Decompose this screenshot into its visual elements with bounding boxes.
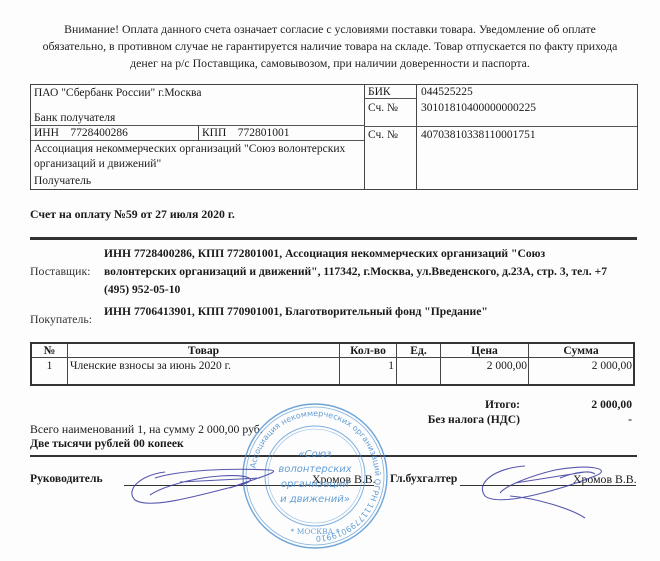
- goods-table: № Товар Кол-во Ед. Цена Сумма 1 Членские…: [30, 342, 635, 386]
- column-header-item: Товар: [68, 344, 339, 358]
- vat-label: Без налога (НДС): [400, 413, 520, 426]
- bank-label: Банк получателя: [32, 111, 115, 125]
- supplier-details: ИНН 7728400286, КПП 772801001, Ассоциаци…: [104, 245, 634, 299]
- bank-name: ПАО "Сбербанк России" г.Москва: [32, 86, 201, 100]
- bank-details-table: ПАО "Сбербанк России" г.Москва Банк полу…: [30, 84, 638, 190]
- row-item: Членские взносы за июнь 2020 г.: [70, 359, 338, 373]
- recipient-name-line1: Ассоциация некоммерческих организаций "С…: [32, 142, 345, 156]
- row-qty: 1: [340, 359, 394, 373]
- summary-count: Всего наименований 1, на сумму 2 000,00 …: [30, 422, 263, 437]
- column-header-unit: Ед.: [397, 344, 440, 358]
- kpp-value: 772801001: [238, 127, 290, 139]
- stamp-bottom-text: * МОСКВА *: [291, 527, 340, 536]
- title-divider: [30, 237, 637, 240]
- supplier-line1: ИНН 7728400286, КПП 772801001, Ассоциаци…: [104, 245, 634, 263]
- column-header-sum: Сумма: [529, 344, 633, 358]
- invoice-title: Счет на оплату №59 от 27 июля 2020 г.: [30, 207, 235, 222]
- divider: [364, 85, 365, 189]
- vat-value: -: [540, 413, 632, 426]
- bik-label: БИК: [366, 85, 391, 99]
- supplier-line2: волонтерских организаций и движений", 11…: [104, 263, 634, 281]
- account-value: 40703810338110001751: [419, 128, 536, 142]
- buyer-label: Покупатель:: [30, 312, 92, 327]
- divider: [31, 140, 364, 141]
- recipient-label: Получатель: [32, 174, 91, 188]
- divider: [416, 85, 417, 189]
- inn-value: 7728400286: [70, 127, 128, 139]
- accountant-label: Гл.бухгалтер: [390, 472, 457, 485]
- row-number: 1: [32, 359, 67, 373]
- column-header-qty: Кол-во: [340, 344, 396, 358]
- total-label: Итого:: [420, 398, 520, 411]
- director-label: Руководитель: [30, 472, 103, 485]
- corr-account-label: Сч. №: [366, 101, 398, 115]
- stamp-center-line1: «Союз: [298, 449, 331, 460]
- kpp-field: КПП 772801001: [200, 126, 290, 140]
- divider: [198, 126, 199, 140]
- account-label: Сч. №: [366, 128, 398, 142]
- row-price: 2 000,00: [441, 359, 527, 373]
- buyer-details: ИНН 7706413901, КПП 770901001, Благотвор…: [104, 303, 634, 321]
- column-header-number: №: [32, 344, 67, 358]
- payment-notice: Внимание! Оплата данного счета означает …: [40, 21, 620, 72]
- supplier-label: Поставщик:: [30, 264, 90, 279]
- kpp-label: КПП: [202, 127, 226, 139]
- total-value: 2 000,00: [540, 398, 632, 411]
- accountant-signature: [455, 458, 635, 523]
- inn-field: ИНН 7728400286: [32, 126, 128, 140]
- bik-value: 044525225: [419, 85, 473, 99]
- summary-words: Две тысячи рублей 00 копеек: [30, 437, 184, 450]
- divider: [364, 126, 637, 127]
- director-signature: [120, 460, 320, 510]
- row-sum: 2 000,00: [529, 359, 632, 373]
- recipient-name-line2: организаций и движений": [32, 157, 161, 171]
- column-header-price: Цена: [441, 344, 528, 358]
- inn-label: ИНН: [34, 127, 59, 139]
- supplier-line3: (495) 952-05-10: [104, 281, 634, 299]
- corr-account-value: 30101810400000000225: [419, 101, 536, 115]
